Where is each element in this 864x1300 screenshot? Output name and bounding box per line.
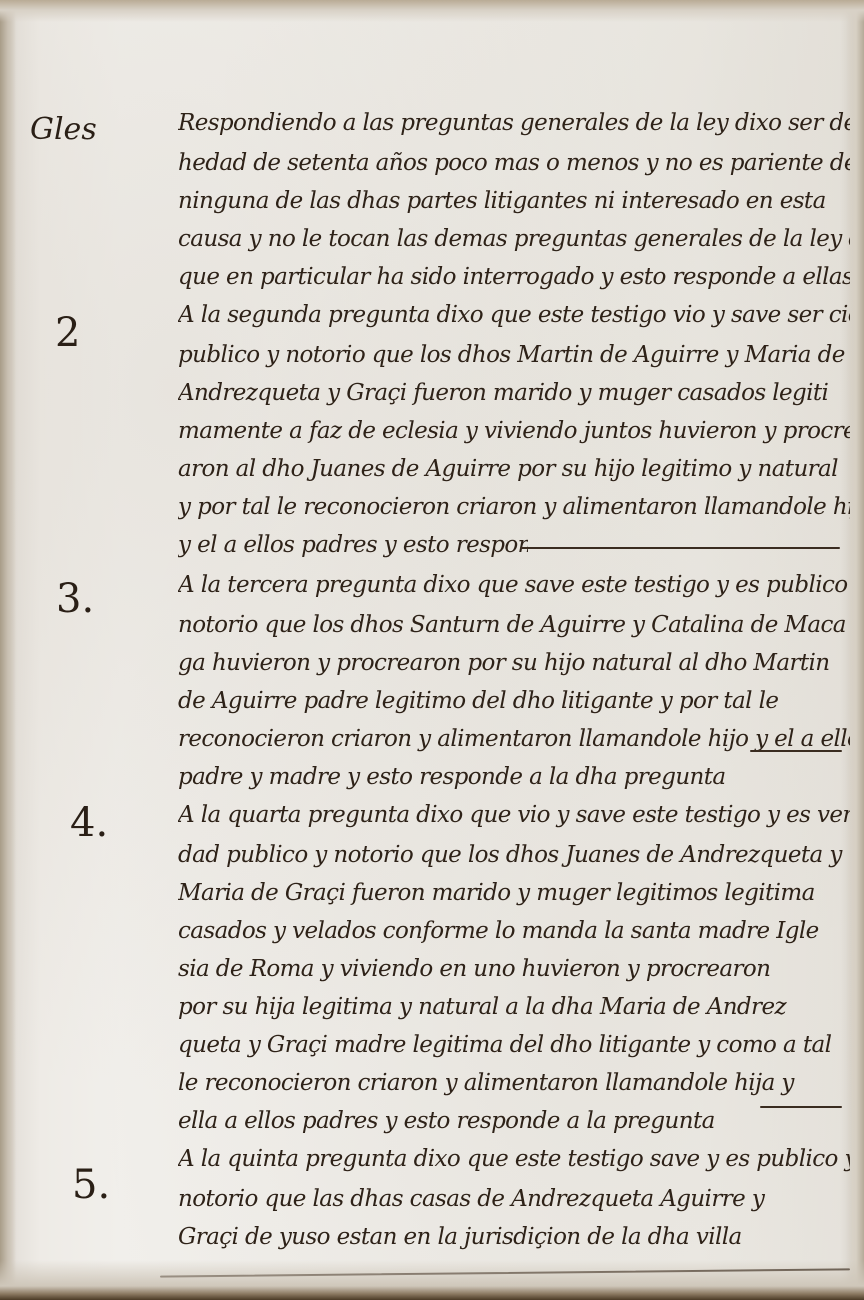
text-line: reconocieron criaron y alimentaron llama… [178, 726, 850, 752]
text-line: ella a ellos padres y esto responde a la… [178, 1108, 738, 1134]
text-line: sia de Roma y viviendo en uno huvieron y… [178, 956, 850, 982]
text-line: Maria de Graçi fueron marido y muger leg… [178, 880, 850, 906]
text-line: A la quarta pregunta dixo que vio y save… [178, 802, 850, 828]
text-line: notorio que los dhos Santurn de Aguirre … [178, 612, 850, 638]
text-line: notorio que las dhas casas de Andrezquet… [178, 1186, 850, 1212]
text-line: mamente a faz de eclesia y viviendo junt… [178, 418, 850, 444]
text-line: Andrezqueta y Graçi fueron marido y muge… [178, 380, 850, 406]
page-bottom-edge [0, 1260, 864, 1300]
text-line: publico y notorio que los dhos Martin de… [178, 342, 850, 368]
margin-label-5: 5. [72, 1162, 110, 1208]
margin-label-generales: Gles [30, 112, 97, 147]
text-line: por su hija legitima y natural a la dha … [178, 994, 850, 1020]
text-line: y por tal le reconocieron criaron y alim… [178, 494, 850, 520]
binding-edge [0, 0, 16, 1300]
text-line: queta y Graçi madre legitima del dho lit… [178, 1032, 850, 1058]
text-line: de Aguirre padre legitimo del dho litiga… [178, 688, 850, 714]
manuscript-page: Gles 2 3. 4. 5. Respondiendo a las pregu… [0, 0, 864, 1300]
text-line: A la quinta pregunta dixo que este testi… [178, 1146, 850, 1172]
text-line: hedad de setenta años poco mas o menos y… [178, 150, 850, 176]
end-of-answer-rule [750, 750, 842, 752]
text-line: causa y no le tocan las demas preguntas … [178, 226, 850, 252]
text-line: aron al dho Juanes de Aguirre por su hij… [178, 456, 850, 482]
end-of-answer-rule [760, 1106, 842, 1108]
margin-label-2: 2 [55, 310, 80, 356]
margin-label-4: 4. [70, 800, 108, 846]
text-line: Graçi de yuso estan en la jurisdiçion de… [178, 1224, 850, 1250]
end-of-answer-rule [520, 547, 840, 549]
text-line: ga huvieron y procrearon por su hijo nat… [178, 650, 850, 676]
text-line: Respondiendo a las preguntas generales d… [178, 110, 850, 136]
text-line: que en particular ha sido interrogado y … [178, 264, 850, 290]
page-top-edge [0, 0, 864, 22]
text-line: A la tercera pregunta dixo que save este… [178, 572, 850, 598]
text-line: casados y velados conforme lo manda la s… [178, 918, 850, 944]
text-line: ninguna de las dhas partes litigantes ni… [178, 188, 850, 214]
text-line: le reconocieron criaron y alimentaron ll… [178, 1070, 850, 1096]
text-line: A la segunda pregunta dixo que este test… [178, 302, 850, 328]
text-line: y el a ellos padres y esto responde [178, 532, 528, 558]
text-line: padre y madre y esto responde a la dha p… [178, 764, 748, 790]
margin-label-3: 3. [56, 576, 94, 622]
text-line: dad publico y notorio que los dhos Juane… [178, 842, 850, 868]
